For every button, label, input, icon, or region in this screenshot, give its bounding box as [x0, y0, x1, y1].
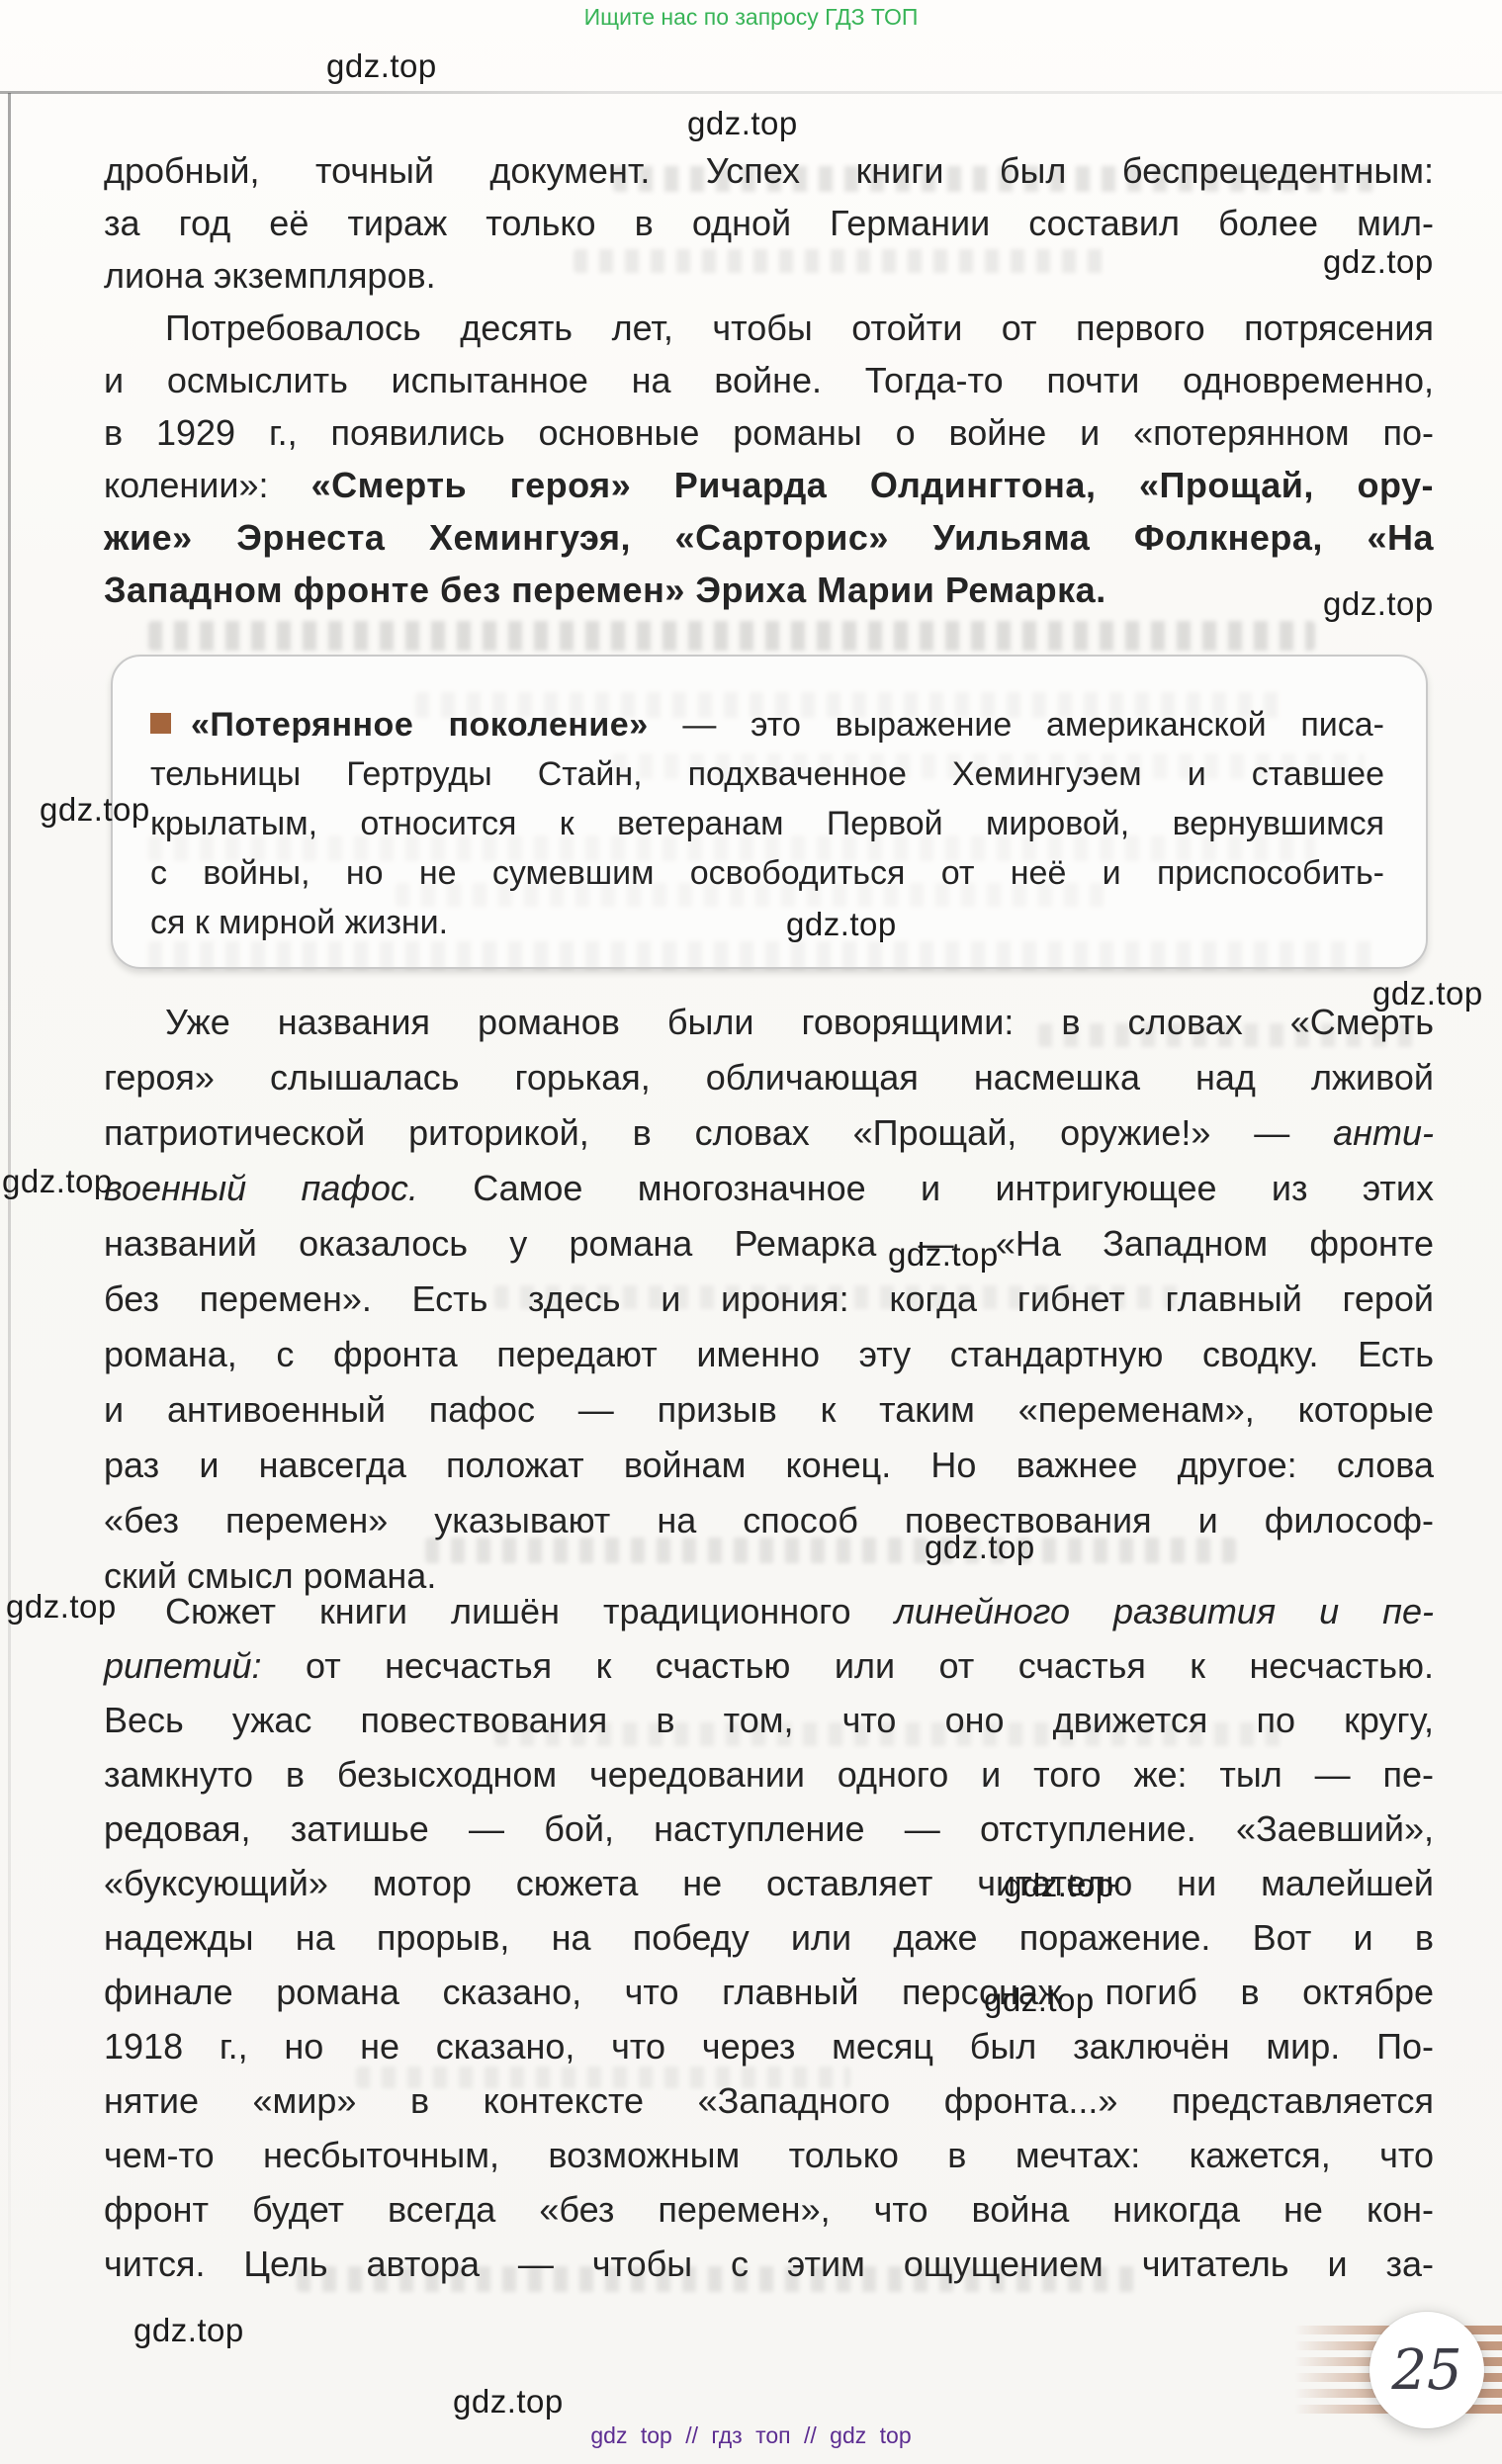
text-segment: жие» Эрнеста Хемингуэя, «Сарторис» Уилья… [104, 517, 1434, 558]
watermark-gdz-top: gdz.top [133, 2312, 244, 2349]
text-segment: анти- [1333, 1112, 1434, 1153]
bullet-square-icon [150, 713, 171, 734]
text-segment: лиона экземпляров. [104, 255, 436, 296]
text-segment: Сюжет книги лишён традиционного [165, 1591, 895, 1631]
scanned-page: { "banner": {"text": "Ищите нас по запро… [0, 0, 1502, 2464]
watermark-gdz-top: gdz.top [453, 2383, 564, 2420]
text-line: и антивоенный пафос — призыв к таким «пе… [104, 1382, 1434, 1438]
watermark-gdz-top: gdz.top [2, 1163, 113, 1200]
text-segment: романа, с фронта передают именно эту ста… [104, 1334, 1434, 1374]
text-line: и осмыслить испытанное на войне. Тогда-т… [104, 354, 1434, 406]
page-top-edge [0, 91, 1502, 94]
text-line: «буксующий» мотор сюжета не оставляет чи… [104, 1856, 1434, 1910]
watermark-gdz-top: gdz.top [1323, 243, 1434, 281]
text-segment: военный пафос. [104, 1168, 418, 1208]
bleed-through-smudge [148, 621, 1315, 651]
text-line: с войны, но не сумевшим освободиться от … [150, 848, 1384, 898]
text-line: колении»: «Смерть героя» Ричарда Олдингт… [104, 459, 1434, 511]
text-segment: тельницы Гертруды Стайн, подхваченное Хе… [150, 755, 1384, 793]
text-segment: нятие «мир» в контексте «Западного фронт… [104, 2080, 1434, 2121]
body-paragraph-block-3: Сюжет книги лишён традиционного линейног… [104, 1584, 1434, 2291]
text-segment: крылатым, относится к ветеранам Первой м… [150, 805, 1384, 842]
text-segment: Самое многозначное и интригующее из этих [418, 1168, 1434, 1208]
text-segment: героя» слышалась горькая, обличающая нас… [104, 1057, 1434, 1098]
text-line: «без перемен» указывают на способ повест… [104, 1493, 1434, 1548]
text-line: в 1929 г., появились основные романы о в… [104, 406, 1434, 459]
text-line: чится. Цель автора — чтобы с этим ощущен… [104, 2237, 1434, 2291]
text-line: Весь ужас повествования в том, что оно д… [104, 1693, 1434, 1747]
text-segment: фронт будет всегда «без перемен», что во… [104, 2189, 1434, 2230]
text-line: редовая, затишье — бой, наступление — от… [104, 1802, 1434, 1856]
text-line: дробный, точный документ. Успех книги бы… [104, 144, 1434, 197]
text-segment: ся к мирной жизни. [150, 904, 448, 941]
text-segment: линейного развития и пе- [895, 1591, 1434, 1631]
text-segment: без перемен». Есть здесь и ирония: когда… [104, 1278, 1434, 1319]
text-segment: и антивоенный пафос — призыв к таким «пе… [104, 1389, 1434, 1430]
text-segment: дробный, точный документ. Успех книги бы… [104, 150, 1434, 191]
text-line: без перемен». Есть здесь и ирония: когда… [104, 1272, 1434, 1327]
text-segment: названий оказалось у романа Ремарка — «Н… [104, 1223, 1434, 1264]
body-paragraph-block-1: дробный, точный документ. Успех книги бы… [104, 144, 1434, 616]
text-segment: «Потерянное поколение» [191, 706, 649, 744]
text-segment: чится. Цель автора — чтобы с этим ощущен… [104, 2244, 1434, 2284]
page-left-edge [8, 93, 11, 2392]
text-line: жие» Эрнеста Хемингуэя, «Сарторис» Уилья… [104, 511, 1434, 564]
text-line: 1918 г., но не сказано, что через месяц … [104, 2019, 1434, 2073]
watermark-gdz-top: gdz.top [984, 1981, 1095, 2019]
text-line: военный пафос. Самое многозначное и интр… [104, 1161, 1434, 1216]
text-line: лиона экземпляров. [104, 249, 1434, 302]
callout-text: «Потерянное поколение» — это выражение а… [150, 700, 1384, 947]
text-segment: за год её тираж только в одной Германии … [104, 203, 1434, 243]
text-line: ся к мирной жизни. [150, 898, 1384, 947]
text-segment: «без перемен» указывают на способ повест… [104, 1500, 1434, 1540]
watermark-gdz-top: gdz.top [6, 1588, 117, 1626]
text-line: раз и навсегда положат войнам конец. Но … [104, 1438, 1434, 1493]
text-segment: с войны, но не сумевшим освободиться от … [150, 854, 1384, 892]
text-line: Сюжет книги лишён традиционного линейног… [104, 1584, 1434, 1638]
text-line: замкнуто в безысходном чередовании одног… [104, 1747, 1434, 1802]
text-line: героя» слышалась горькая, обличающая нас… [104, 1050, 1434, 1105]
watermark-gdz-top: gdz.top [1323, 585, 1434, 623]
watermark-gdz-top: gdz.top [786, 906, 897, 943]
watermark-gdz-top: gdz.top [326, 47, 437, 85]
text-line: нятие «мир» в контексте «Западного фронт… [104, 2073, 1434, 2128]
text-segment: редовая, затишье — бой, наступление — от… [104, 1808, 1434, 1849]
text-line: чем-то несбыточным, возможным только в м… [104, 2128, 1434, 2182]
footer-links: gdz top // гдз топ // gdz top [0, 2422, 1502, 2449]
text-segment: Весь ужас повествования в том, что оно д… [104, 1700, 1434, 1740]
text-line: финале романа сказано, что главный персо… [104, 1965, 1434, 2019]
text-segment: «буксующий» мотор сюжета не оставляет чи… [104, 1863, 1434, 1903]
text-segment: Потребовалось десять лет, чтобы отойти о… [165, 308, 1434, 348]
text-segment: рипетий: [104, 1645, 262, 1686]
text-segment: в 1929 г., появились основные романы о в… [104, 412, 1434, 453]
text-segment: — это выражение американской писа- [649, 706, 1384, 744]
callout-box: «Потерянное поколение» — это выражение а… [111, 655, 1428, 969]
text-line: рипетий: от несчастья к счастью или от с… [104, 1638, 1434, 1693]
text-line: Западном фронте без перемен» Эриха Марии… [104, 564, 1434, 616]
watermark-gdz-top: gdz.top [1004, 1867, 1114, 1904]
text-line: романа, с фронта передают именно эту ста… [104, 1327, 1434, 1382]
text-segment: финале романа сказано, что главный персо… [104, 1972, 1434, 2012]
text-line: фронт будет всегда «без перемен», что во… [104, 2182, 1434, 2237]
text-segment: Западном фронте без перемен» Эриха Марии… [104, 570, 1106, 610]
text-line: за год её тираж только в одной Германии … [104, 197, 1434, 249]
text-segment: Уже названия романов были говорящими: в … [165, 1002, 1434, 1042]
text-segment: и осмыслить испытанное на войне. Тогда-т… [104, 360, 1434, 400]
text-line: надежды на прорыв, на победу или даже по… [104, 1910, 1434, 1965]
text-segment: патриотической риторикой, в словах «Прощ… [104, 1112, 1333, 1153]
text-line: названий оказалось у романа Ремарка — «Н… [104, 1216, 1434, 1272]
text-line: «Потерянное поколение» — это выражение а… [150, 700, 1384, 749]
text-segment: раз и навсегда положат войнам конец. Но … [104, 1445, 1434, 1485]
text-line: Потребовалось десять лет, чтобы отойти о… [104, 302, 1434, 354]
watermark-gdz-top: gdz.top [1372, 975, 1483, 1012]
page-number: 25 [1391, 2338, 1461, 2403]
text-line: Уже названия романов были говорящими: в … [104, 995, 1434, 1050]
text-line: тельницы Гертруды Стайн, подхваченное Хе… [150, 749, 1384, 799]
top-banner-text: Ищите нас по запросу ГДЗ ТОП [0, 4, 1502, 31]
text-line: патриотической риторикой, в словах «Прощ… [104, 1105, 1434, 1161]
page-number-badge: 25 [1369, 2312, 1484, 2428]
text-segment: 1918 г., но не сказано, что через месяц … [104, 2026, 1434, 2067]
text-segment: замкнуто в безысходном чередовании одног… [104, 1754, 1434, 1795]
watermark-gdz-top: gdz.top [687, 105, 798, 142]
text-segment: от несчастья к счастью или от счастья к … [262, 1645, 1434, 1686]
watermark-gdz-top: gdz.top [40, 791, 150, 829]
watermark-gdz-top: gdz.top [888, 1236, 999, 1274]
text-segment: чем-то несбыточным, возможным только в м… [104, 2135, 1434, 2175]
text-segment: «Смерть героя» Ричарда Олдингтона, «Прощ… [311, 465, 1434, 505]
body-paragraph-block-2: Уже названия романов были говорящими: в … [104, 995, 1434, 1604]
text-segment: надежды на прорыв, на победу или даже по… [104, 1917, 1434, 1958]
text-segment: колении»: [104, 465, 311, 505]
text-line: крылатым, относится к ветеранам Первой м… [150, 799, 1384, 848]
watermark-gdz-top: gdz.top [925, 1529, 1035, 1566]
